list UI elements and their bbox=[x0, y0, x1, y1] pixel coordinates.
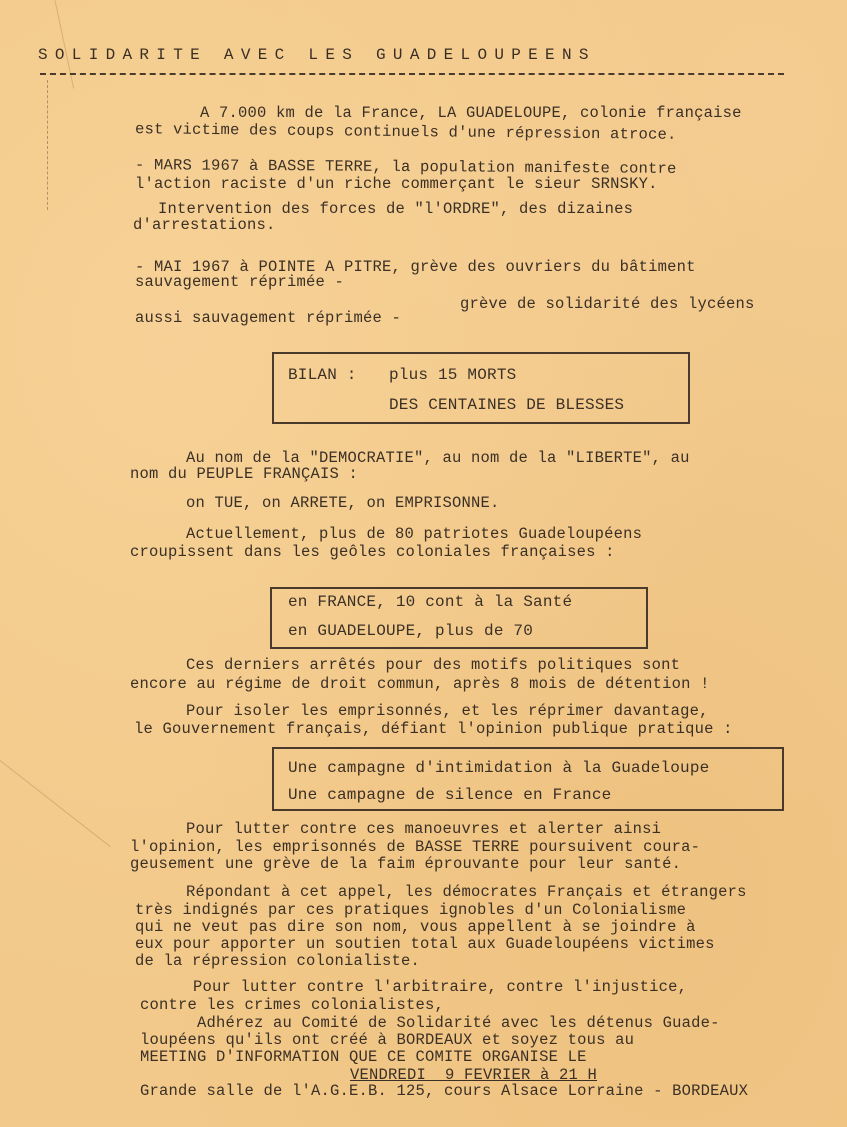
page-title: SOLIDARITE AVEC LES GUADELOUPEENS bbox=[38, 46, 596, 64]
title-dashed-rule bbox=[40, 73, 784, 75]
paper-crease bbox=[0, 760, 111, 847]
prison-guadeloupe: en GUADELOUPE, plus de 70 bbox=[288, 622, 533, 640]
meeting-location: Grande salle de l'A.G.E.B. 125, cours Al… bbox=[140, 1082, 748, 1100]
derniers-line-2: encore au régime de droit commun, après … bbox=[130, 675, 710, 693]
on-tue-line: on TUE, on ARRETE, on EMPRISONNE. bbox=[186, 494, 500, 512]
derniers-line-1: Ces derniers arrêtés pour des motifs pol… bbox=[186, 656, 680, 674]
lutter-line-3: geusement une grève de la faim éprouvant… bbox=[130, 855, 681, 873]
repondant-line-5: de la répression colonialiste. bbox=[135, 952, 420, 970]
paper-crease bbox=[55, 0, 75, 88]
repondant-line-1: Répondant à cet appel, les démocrates Fr… bbox=[186, 883, 747, 901]
bilan-box: BILAN : plus 15 MORTS DES CENTAINES DE B… bbox=[272, 352, 690, 424]
mai-line-4: aussi sauvagement réprimée - bbox=[135, 309, 401, 327]
bilan-morts: plus 15 MORTS bbox=[389, 366, 516, 384]
intro-line-2: est victime des coups continuels d'une r… bbox=[135, 120, 677, 144]
arbitraire-line-2: contre les crimes colonialistes, bbox=[140, 996, 444, 1014]
isoler-line-1: Pour isoler les emprisonnés, et les répr… bbox=[186, 702, 709, 720]
actuellement-line-2: croupissent dans les geôles coloniales f… bbox=[130, 543, 615, 561]
campagne-intimidation: Une campagne d'intimidation à la Guadelo… bbox=[288, 759, 709, 777]
typewritten-leaflet: SOLIDARITE AVEC LES GUADELOUPEENS A 7.00… bbox=[0, 0, 847, 1127]
isoler-line-2: le Gouvernement français, défiant l'opin… bbox=[134, 720, 733, 738]
lutter-line-1: Pour lutter contre ces manoeuvres et ale… bbox=[186, 820, 661, 838]
lutter-line-2: l'opinion, les emprisonnés de BASSE TERR… bbox=[130, 838, 700, 856]
mars-line-2: l'action raciste d'un riche commerçant l… bbox=[135, 175, 658, 193]
prison-france: en FRANCE, 10 cont à la Santé bbox=[288, 593, 572, 611]
mai-line-2: sauvagement réprimée - bbox=[135, 273, 344, 291]
adherez-line-3: MEETING D'INFORMATION QUE CE COMITE ORGA… bbox=[140, 1048, 587, 1066]
bilan-label: BILAN : bbox=[288, 366, 357, 384]
campagne-silence: Une campagne de silence en France bbox=[288, 786, 611, 804]
prison-box: en FRANCE, 10 cont à la Santé en GUADELO… bbox=[270, 587, 648, 649]
repondant-line-4: eux pour apporter un soutien total aux G… bbox=[135, 935, 715, 953]
intro-line-1: A 7.000 km de la France, LA GUADELOUPE, … bbox=[200, 104, 742, 122]
repondant-line-2: très indignés par ces pratiques ignobles… bbox=[135, 901, 686, 919]
actuellement-line-1: Actuellement, plus de 80 patriotes Guade… bbox=[186, 525, 642, 543]
bilan-blesses: DES CENTAINES DE BLESSES bbox=[389, 396, 624, 414]
campagne-box: Une campagne d'intimidation à la Guadelo… bbox=[272, 747, 784, 811]
arbitraire-line-1: Pour lutter contre l'arbitraire, contre … bbox=[193, 978, 687, 996]
mai-line-3: grève de solidarité des lycéens bbox=[460, 295, 755, 313]
intervention-line-2: d'arrestations. bbox=[133, 216, 276, 234]
repondant-line-3: qui ne veut pas dire son nom, vous appel… bbox=[135, 918, 696, 936]
margin-fold-line bbox=[47, 80, 48, 210]
democratie-line-2: nom du PEUPLE FRANÇAIS : bbox=[130, 465, 358, 483]
adherez-line-2: loupéens qu'ils ont créé à BORDEAUX et s… bbox=[140, 1031, 634, 1049]
adherez-line-1: Adhérez au Comité de Solidarité avec les… bbox=[197, 1014, 720, 1032]
